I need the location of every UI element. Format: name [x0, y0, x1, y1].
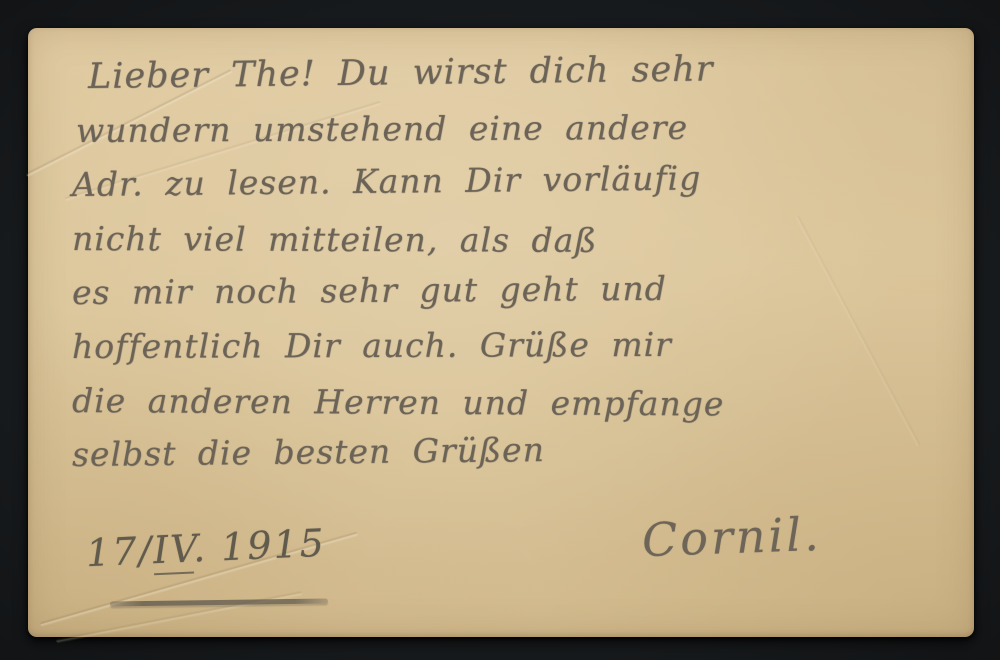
message-line: Lieber The! Du wirst dich sehr: [88, 40, 945, 104]
date-underline-stroke: [110, 598, 328, 606]
message-line: wundern umstehend eine andere: [76, 99, 944, 158]
message-line: es mir noch sehr gut geht und: [72, 260, 944, 320]
signature: Cornil.: [641, 507, 822, 567]
date-month-roman: IV: [152, 527, 194, 576]
message-line: selbst die besten Grüßen: [72, 419, 945, 482]
scan-background: Lieber The! Du wirst dich sehr wundern u…: [0, 0, 1000, 660]
postcard: Lieber The! Du wirst dich sehr wundern u…: [28, 28, 974, 637]
date-day: 17/: [85, 528, 154, 575]
message-line: Adr. zu lesen. Kann Dir vorläufig: [72, 149, 945, 212]
date-line: 17/IV. 1915: [85, 521, 327, 575]
date-year: . 1915: [192, 521, 327, 571]
message-line: hoffentlich Dir auch. Grüße mir: [72, 317, 944, 374]
paper-crease: [56, 590, 303, 644]
handwritten-message: Lieber The! Du wirst dich sehr wundern u…: [72, 50, 944, 482]
